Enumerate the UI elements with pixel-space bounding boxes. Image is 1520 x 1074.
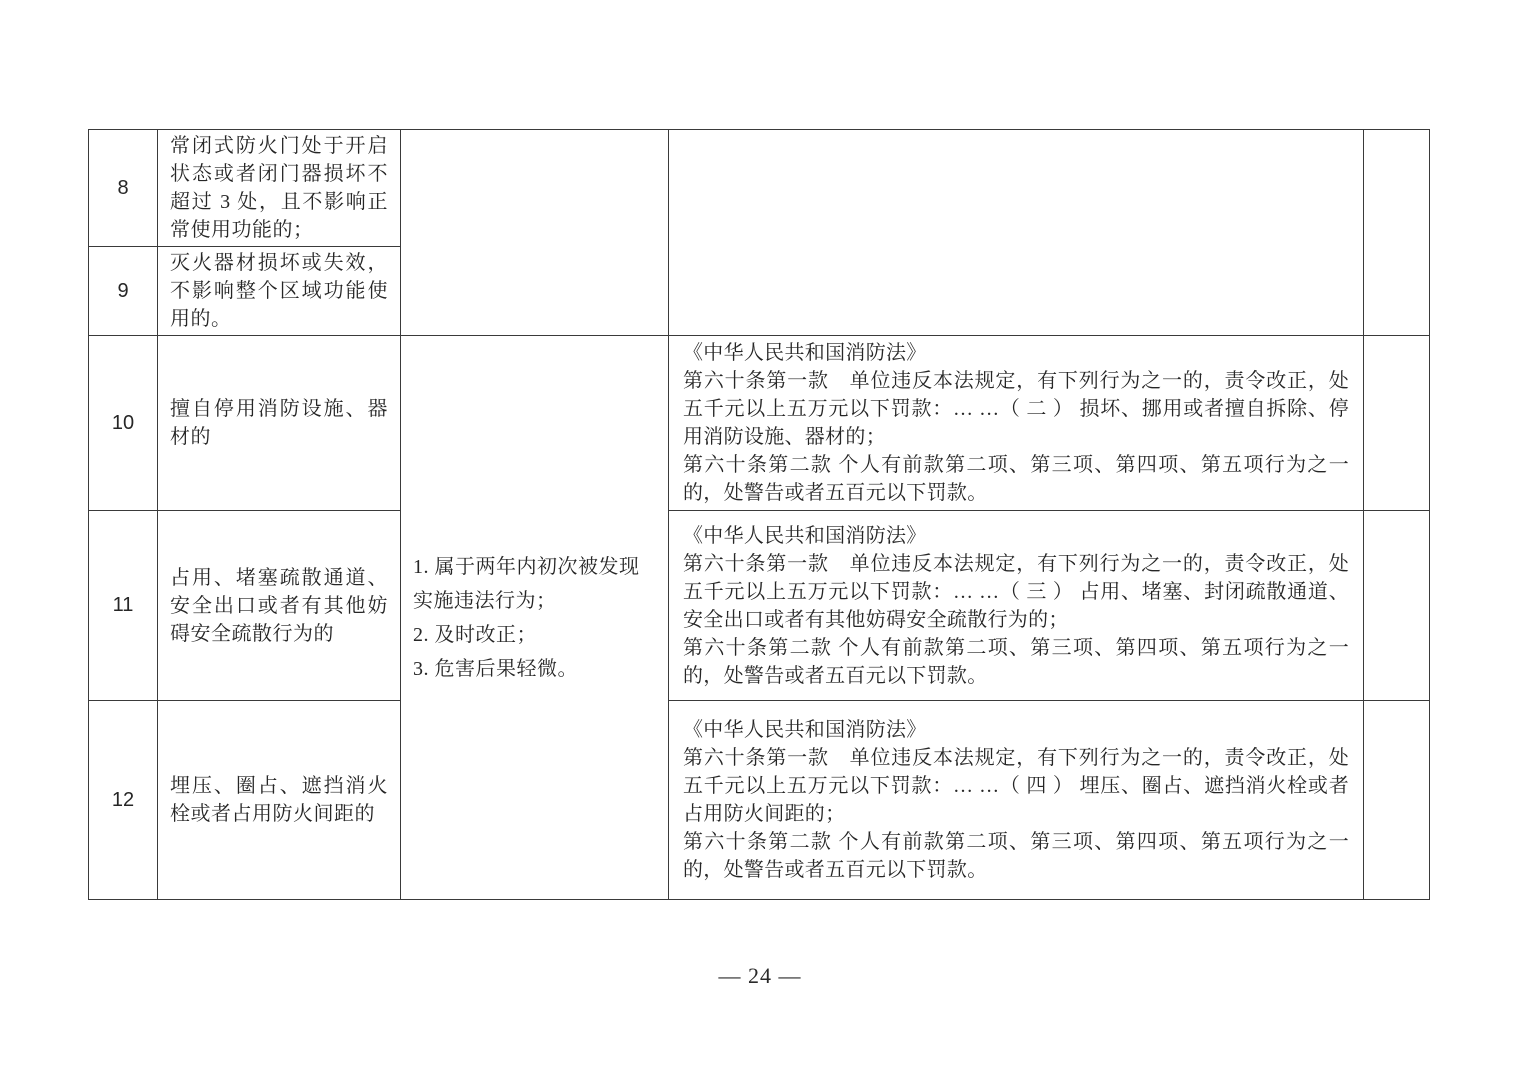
violation-description-cell: 擅自停用消防设施、器材的 (158, 336, 401, 511)
legal-basis-cell: 《中华人民共和国消防法》 第六十条第一款 单位违反本法规定，有下列行为之一的，责… (669, 336, 1364, 511)
legal-basis-cell-empty (669, 130, 1364, 336)
remarks-cell (1364, 336, 1430, 511)
table-row: 12 埋压、圈占、遮挡消火栓或者占用防火间距的 《中华人民共和国消防法》 第六十… (89, 701, 1430, 900)
condition-item: 2. 及时改正； (413, 618, 656, 652)
law-clause-2: 第六十条第二款 个人有前款第二项、第三项、第四项、第五项行为之一 的，处警告或者… (683, 451, 1349, 507)
law-clause-1: 第六十条第一款 单位违反本法规定，有下列行为之一的，责令改正，处五千元以上五万元… (683, 744, 1349, 828)
legal-basis-cell: 《中华人民共和国消防法》 第六十条第一款 单位违反本法规定，有下列行为之一的，责… (669, 511, 1364, 701)
page-number-footer: — 24 — (0, 963, 1520, 989)
row-number-cell: 9 (89, 247, 158, 336)
row-number-cell: 8 (89, 130, 158, 247)
remarks-cell (1364, 130, 1430, 336)
table-row: 8 常闭式防火门处于开启状态或者闭门器损坏不超过 3 处，且不影响正常使用功能的… (89, 130, 1430, 247)
law-clause-1: 第六十条第一款 单位违反本法规定，有下列行为之一的，责令改正，处五千元以上五万元… (683, 550, 1349, 634)
table-row: 10 擅自停用消防设施、器材的 1. 属于两年内初次被发现实施违法行为； 2. … (89, 336, 1430, 511)
condition-item: 1. 属于两年内初次被发现实施违法行为； (413, 550, 656, 618)
law-clause-1: 第六十条第一款 单位违反本法规定，有下列行为之一的，责令改正，处五千元以上五万元… (683, 367, 1349, 451)
legal-basis-cell: 《中华人民共和国消防法》 第六十条第一款 单位违反本法规定，有下列行为之一的，责… (669, 701, 1364, 900)
violations-penalty-table: 8 常闭式防火门处于开启状态或者闭门器损坏不超过 3 处，且不影响正常使用功能的… (88, 129, 1430, 900)
law-title: 《中华人民共和国消防法》 (683, 716, 1349, 744)
row-number-cell: 11 (89, 511, 158, 701)
document-page: 8 常闭式防火门处于开启状态或者闭门器损坏不超过 3 处，且不影响正常使用功能的… (0, 0, 1520, 1074)
table-row: 11 占用、堵塞疏散通道、安全出口或者有其他妨碍安全疏散行为的 《中华人民共和国… (89, 511, 1430, 701)
remarks-cell (1364, 511, 1430, 701)
violation-description-cell: 灭火器材损坏或失效，不影响整个区域功能使用的。 (158, 247, 401, 336)
law-title: 《中华人民共和国消防法》 (683, 339, 1349, 367)
row-number-cell: 10 (89, 336, 158, 511)
remarks-cell (1364, 701, 1430, 900)
applicable-conditions-cell: 1. 属于两年内初次被发现实施违法行为； 2. 及时改正； 3. 危害后果轻微。 (401, 336, 669, 900)
law-title: 《中华人民共和国消防法》 (683, 522, 1349, 550)
condition-item: 3. 危害后果轻微。 (413, 652, 656, 686)
violation-description-cell: 埋压、圈占、遮挡消火栓或者占用防火间距的 (158, 701, 401, 900)
violation-description-cell: 占用、堵塞疏散通道、安全出口或者有其他妨碍安全疏散行为的 (158, 511, 401, 701)
conditions-cell-empty (401, 130, 669, 336)
law-clause-2: 第六十条第二款 个人有前款第二项、第三项、第四项、第五项行为之一 的，处警告或者… (683, 828, 1349, 884)
row-number-cell: 12 (89, 701, 158, 900)
violation-description-cell: 常闭式防火门处于开启状态或者闭门器损坏不超过 3 处，且不影响正常使用功能的； (158, 130, 401, 247)
law-clause-2: 第六十条第二款 个人有前款第二项、第三项、第四项、第五项行为之一的，处警告或者五… (683, 634, 1349, 690)
